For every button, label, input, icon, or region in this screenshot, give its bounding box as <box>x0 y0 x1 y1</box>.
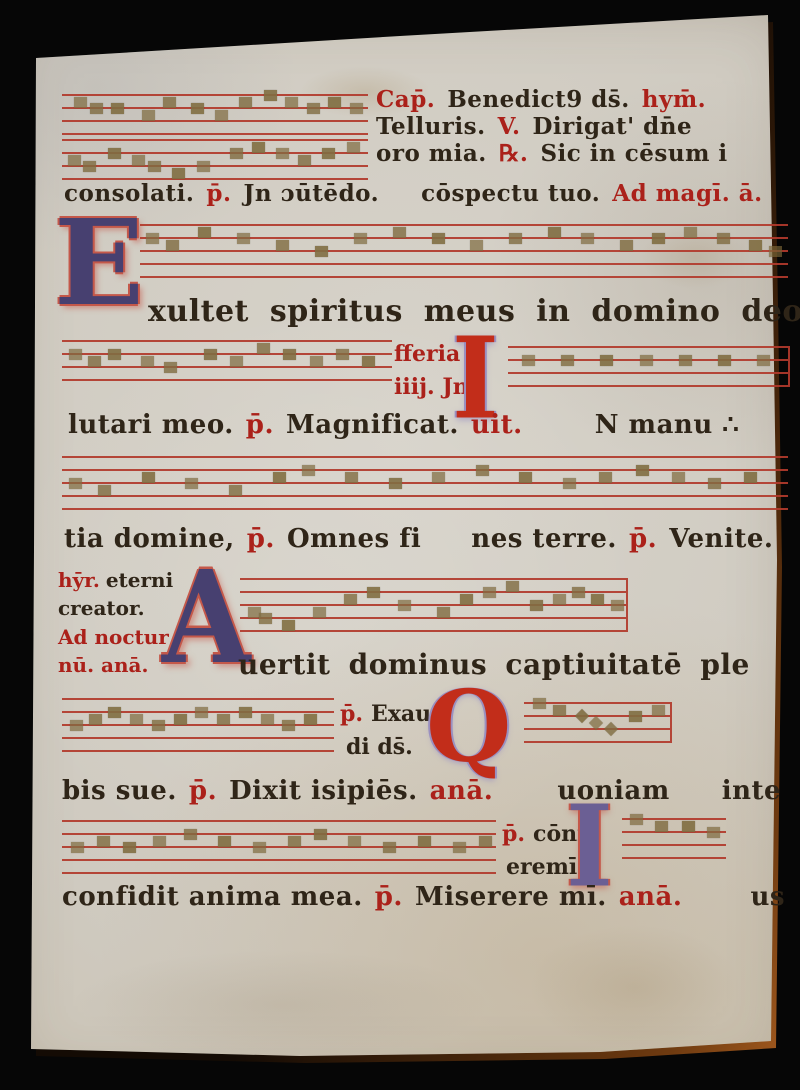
neume-square <box>111 103 124 114</box>
neume-square <box>604 722 618 736</box>
neume-square <box>682 821 695 832</box>
rubric-text: Ad noctur <box>58 623 169 651</box>
neume-square <box>74 97 87 108</box>
chant-text: Dixit isipiēs. <box>229 776 418 806</box>
chant-text: Sic in cēsum i <box>540 140 727 167</box>
rubric-text: p̄. <box>246 410 274 440</box>
rubric-text: p̄. <box>629 524 657 554</box>
spacer <box>694 904 738 905</box>
neume-square <box>283 349 296 360</box>
neume-square <box>230 148 243 159</box>
manuscript-content: Cap̄. Benedict9 ds̄. hym̄. Telluris. V. … <box>0 0 800 1090</box>
neume-square <box>142 472 155 483</box>
rubric-text: p̄. <box>502 818 525 851</box>
music-stave <box>62 139 368 180</box>
neume-square <box>519 472 532 483</box>
neume-square <box>166 240 179 251</box>
neume-square <box>259 613 272 624</box>
margin-rubric-block: hȳr. eterni creator. Ad noctur nū. anā. <box>58 566 173 680</box>
chant-text: confidit anima mea. <box>62 882 363 912</box>
music-stave <box>622 818 726 859</box>
chant-text-line: confidit anima mea. p̄. Miserere mī. anā… <box>62 882 785 912</box>
psalm-rubric: p̄. Exau di ds̄. <box>340 698 431 764</box>
neume-square <box>148 161 161 172</box>
initial-e: E <box>54 210 144 316</box>
neume-square <box>769 246 782 257</box>
neume-square <box>298 155 311 166</box>
neume-square <box>71 842 84 853</box>
neume-square <box>611 600 624 611</box>
chant-text: Telluris. <box>376 113 486 140</box>
neume-square <box>184 829 197 840</box>
neume-square <box>640 355 653 366</box>
neume-square <box>237 233 250 244</box>
neume-square <box>257 343 270 354</box>
neume-square <box>347 142 360 153</box>
neume-square <box>239 97 252 108</box>
chant-text: Venite. <box>669 524 773 554</box>
spacer <box>505 798 545 799</box>
neume-square <box>718 355 731 366</box>
chant-text: us <box>750 882 785 912</box>
rubric-text: hym̄. <box>642 86 706 113</box>
music-stave <box>524 702 672 743</box>
initial-q: Q <box>426 684 511 772</box>
neume-square <box>522 355 535 366</box>
rubric-text: p̄. <box>340 698 363 731</box>
neume-square <box>310 356 323 367</box>
chant-text: di ds̄. <box>346 731 413 764</box>
neume-square <box>132 155 145 166</box>
neume-square <box>398 600 411 611</box>
neume-square <box>506 581 519 592</box>
neume-square <box>276 148 289 159</box>
music-stave <box>62 94 368 135</box>
rubric-text: V. <box>498 113 521 140</box>
neume-square <box>437 607 450 618</box>
rubric-line: Telluris. V. Dirigat' dn̄e <box>376 113 692 140</box>
parchment-stain <box>530 925 740 1050</box>
neume-square <box>418 836 431 847</box>
chant-text: N manu ∴ <box>595 410 740 440</box>
neume-square <box>620 240 633 251</box>
neume-square <box>282 720 295 731</box>
neume-square <box>749 240 762 251</box>
photo-background: Cap̄. Benedict9 ds̄. hym̄. Telluris. V. … <box>0 0 800 1090</box>
neume-square <box>83 161 96 172</box>
chant-text: cōspectu tuo. <box>421 180 600 207</box>
music-stave <box>62 456 788 510</box>
neume-square <box>88 356 101 367</box>
neume-square <box>757 355 770 366</box>
neume-square <box>432 472 445 483</box>
music-stave <box>508 346 790 387</box>
neume-square <box>589 715 603 729</box>
rubric-text: hȳr. <box>58 566 100 594</box>
neume-square <box>561 355 574 366</box>
neume-square <box>707 827 720 838</box>
neume-square <box>533 698 546 709</box>
rubric-text: p̄. <box>206 180 231 207</box>
music-stave <box>62 698 334 752</box>
neume-square <box>509 233 522 244</box>
rubric-text: uit. <box>471 410 523 440</box>
neume-square <box>69 349 82 360</box>
chant-text: Dirigat' dn̄e <box>532 113 692 140</box>
neume-square <box>599 472 612 483</box>
rubric-text: p̄. <box>247 524 275 554</box>
neume-square <box>314 829 327 840</box>
neume-square <box>460 594 473 605</box>
spacer <box>391 200 409 201</box>
neume-square <box>130 714 143 725</box>
neume-square <box>276 240 289 251</box>
neume-square <box>389 478 402 489</box>
neume-square <box>630 814 643 825</box>
neume-square <box>261 714 274 725</box>
neume-square <box>90 103 103 114</box>
neume-square <box>344 594 357 605</box>
chant-text: nes terre. <box>471 524 617 554</box>
neume-square <box>273 472 286 483</box>
neume-square <box>453 842 466 853</box>
music-stave <box>140 224 788 278</box>
rubric-text: anā. <box>619 882 683 912</box>
neume-square <box>574 709 588 723</box>
neume-square <box>204 349 217 360</box>
chant-text: Jn ɔūtēdo. <box>243 180 379 207</box>
neume-square <box>108 707 121 718</box>
neume-square <box>354 233 367 244</box>
rubric-text: p̄. <box>375 882 403 912</box>
rubric-text: anā. <box>430 776 494 806</box>
neume-square <box>70 720 83 731</box>
neume-square <box>282 620 295 631</box>
neume-square <box>218 836 231 847</box>
rubric-text: ℞. <box>499 140 529 167</box>
chant-text: Omnes fi <box>287 524 421 554</box>
rubric-text: Cap̄. <box>376 86 435 113</box>
chant-text-line: consolati. p̄. Jn ɔūtēdo. cōspectu tuo. … <box>64 180 788 207</box>
chant-text: bis sue. <box>62 776 177 806</box>
neume-square <box>629 711 642 722</box>
rubric-text: p̄. <box>189 776 217 806</box>
neume-square <box>367 587 380 598</box>
neume-square <box>217 714 230 725</box>
neume-square <box>336 349 349 360</box>
neume-square <box>174 714 187 725</box>
neume-square <box>285 97 298 108</box>
neume-square <box>530 600 543 611</box>
neume-square <box>636 465 649 476</box>
neume-square <box>548 227 561 238</box>
neume-square <box>479 836 492 847</box>
neume-square <box>652 705 665 716</box>
chant-text: lutari meo. <box>68 410 234 440</box>
rubric-line: Cap̄. Benedict9 ds̄. hym̄. <box>376 86 706 113</box>
rubric-text: Ad magī. ā. <box>612 180 762 207</box>
neume-square <box>348 836 361 847</box>
neume-square <box>591 594 604 605</box>
neume-square <box>744 472 757 483</box>
spacer <box>433 546 459 547</box>
neume-square <box>717 233 730 244</box>
neume-square <box>383 842 396 853</box>
neume-square <box>89 714 102 725</box>
neume-square <box>253 842 266 853</box>
neume-square <box>572 587 585 598</box>
neume-square <box>350 103 363 114</box>
neume-square <box>652 233 665 244</box>
neume-square <box>215 110 228 121</box>
neume-square <box>195 707 208 718</box>
chant-text: inte <box>722 776 781 806</box>
neume-square <box>288 836 301 847</box>
chant-text: Exau <box>371 698 431 731</box>
neume-square <box>655 821 668 832</box>
neume-square <box>345 472 358 483</box>
rubric-text: nū. anā. <box>58 651 148 679</box>
chant-text-line: lutari meo. p̄. Magnificat. uit. N manu … <box>68 410 739 440</box>
spacer <box>682 798 710 799</box>
neume-square <box>476 465 489 476</box>
neume-square <box>164 362 177 373</box>
neume-square <box>69 478 82 489</box>
neume-square <box>108 349 121 360</box>
chant-text-line: bis sue. p̄. Dixit isipiēs. anā. uoniam … <box>62 776 781 806</box>
neume-square <box>313 607 326 618</box>
neume-square <box>322 148 335 159</box>
neume-square <box>483 587 496 598</box>
music-stave <box>62 820 496 874</box>
chant-text: creator. <box>58 594 145 622</box>
neume-square <box>581 233 594 244</box>
neume-square <box>172 168 185 179</box>
music-stave <box>240 578 628 632</box>
neume-square <box>108 148 121 159</box>
parchment-stain <box>70 950 490 1060</box>
neume-square <box>239 707 252 718</box>
neume-square <box>197 161 210 172</box>
neume-square <box>432 233 445 244</box>
neume-square <box>230 356 243 367</box>
neume-square <box>152 720 165 731</box>
neume-square <box>679 355 692 366</box>
neume-square <box>98 485 111 496</box>
neume-square <box>97 836 110 847</box>
chant-text: Miserere mī. <box>415 882 607 912</box>
chant-text: Magnificat. <box>286 410 459 440</box>
neume-square <box>328 97 341 108</box>
rubric-line: oro mia. ℞. Sic in cēsum i <box>376 140 728 167</box>
neume-square <box>708 478 721 489</box>
neume-square <box>185 478 198 489</box>
neume-square <box>553 594 566 605</box>
neume-square <box>163 97 176 108</box>
spacer <box>535 432 583 433</box>
neume-square <box>141 356 154 367</box>
neume-square <box>362 356 375 367</box>
neume-square <box>553 705 566 716</box>
music-stave <box>62 340 392 381</box>
neume-square <box>600 355 613 366</box>
neume-square <box>315 246 328 257</box>
chant-text: Benedict9 ds̄. <box>447 86 629 113</box>
neume-square <box>302 465 315 476</box>
neume-square <box>229 485 242 496</box>
neume-square <box>470 240 483 251</box>
neume-square <box>684 227 697 238</box>
neume-square <box>123 842 136 853</box>
neume-square <box>252 142 265 153</box>
neume-square <box>264 90 277 101</box>
neume-square <box>68 155 81 166</box>
neume-square <box>191 103 204 114</box>
neume-square <box>198 227 211 238</box>
chant-text: oro mia. <box>376 140 487 167</box>
neume-square <box>393 227 406 238</box>
neume-square <box>563 478 576 489</box>
neume-square <box>304 714 317 725</box>
neume-square <box>307 103 320 114</box>
neume-square <box>142 110 155 121</box>
neume-square <box>146 233 159 244</box>
neume-square <box>153 836 166 847</box>
neume-square <box>672 472 685 483</box>
